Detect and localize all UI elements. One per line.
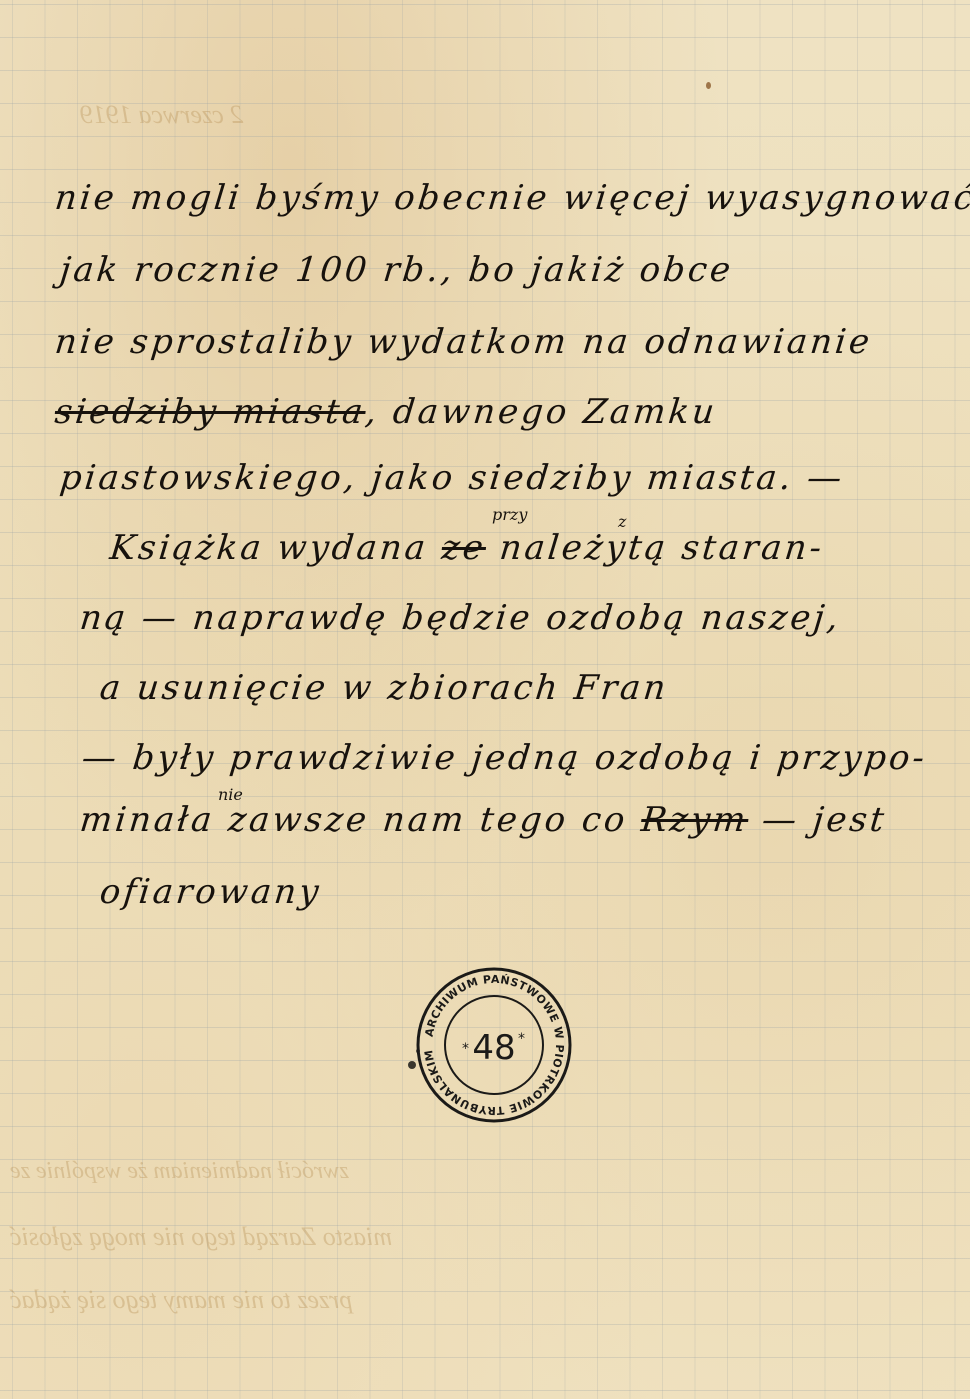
struck-text: siedziby miasta [53,392,368,432]
handwritten-line-8: a usunięcie w zbiorach Fran [98,668,670,708]
line-text: zawsze nam tego co [226,800,629,840]
line-pre: minała [78,800,217,840]
stamp-star-icon: * [462,1041,469,1057]
handwritten-line-6: Książka wydana ze należytą staran- [108,528,826,568]
handwritten-line-10: minała zawsze nam tego co Rzym — jest [78,800,889,840]
line-text: należytą staran- [498,528,827,568]
handwritten-line-4: siedziby miasta, dawnego Zamku [53,392,719,432]
line-text: jak rocznie 100 rb., bo jakiż obce [58,250,735,290]
bleed-through-line: miasto Zarząd tego nie mogą zgłosić [10,1222,392,1252]
stamp-number: 48 [472,1028,515,1068]
archive-stamp: ARCHIWUM PAŃSTWOWE W PIOTRKOWIE TRYBUNAL… [404,965,584,1125]
bleed-through-line: przez to nie mamy tego się żądać [10,1285,352,1315]
struck-text: ze [440,528,488,568]
handwritten-line-7: ną — naprawdę będzie ozdobą naszej, [78,598,843,638]
bleed-through-top: 2 czerwca 1919 [80,100,243,130]
handwritten-line-5: piastowskiego, jako siedziby miasta. — [58,458,847,498]
bleed-through-line: zwrócił nadmieniam że wspólnie ze [10,1158,349,1185]
line-post: — jest [760,800,889,840]
handwritten-line-9: — były prawdziwie jedną ozdobą i przypo- [80,738,929,778]
line-text: , dawnego Zamku [363,392,719,432]
stamp-star-icon: * [518,1031,525,1047]
handwritten-line-2: jak rocznie 100 rb., bo jakiż obce [58,250,735,290]
interlinear-insert: przy [492,505,527,524]
handwritten-line-3: nie sprostaliby wydatkom na odnawianie [53,322,874,362]
ink-stain [706,82,711,89]
line-pre: Książka wydana [108,528,430,568]
handwritten-line-1: nie mogli byśmy obecnie więcej wyasygnow… [53,178,970,218]
struck-text: Rzym [639,800,750,840]
handwritten-line-11: ofiarowany [98,872,324,912]
